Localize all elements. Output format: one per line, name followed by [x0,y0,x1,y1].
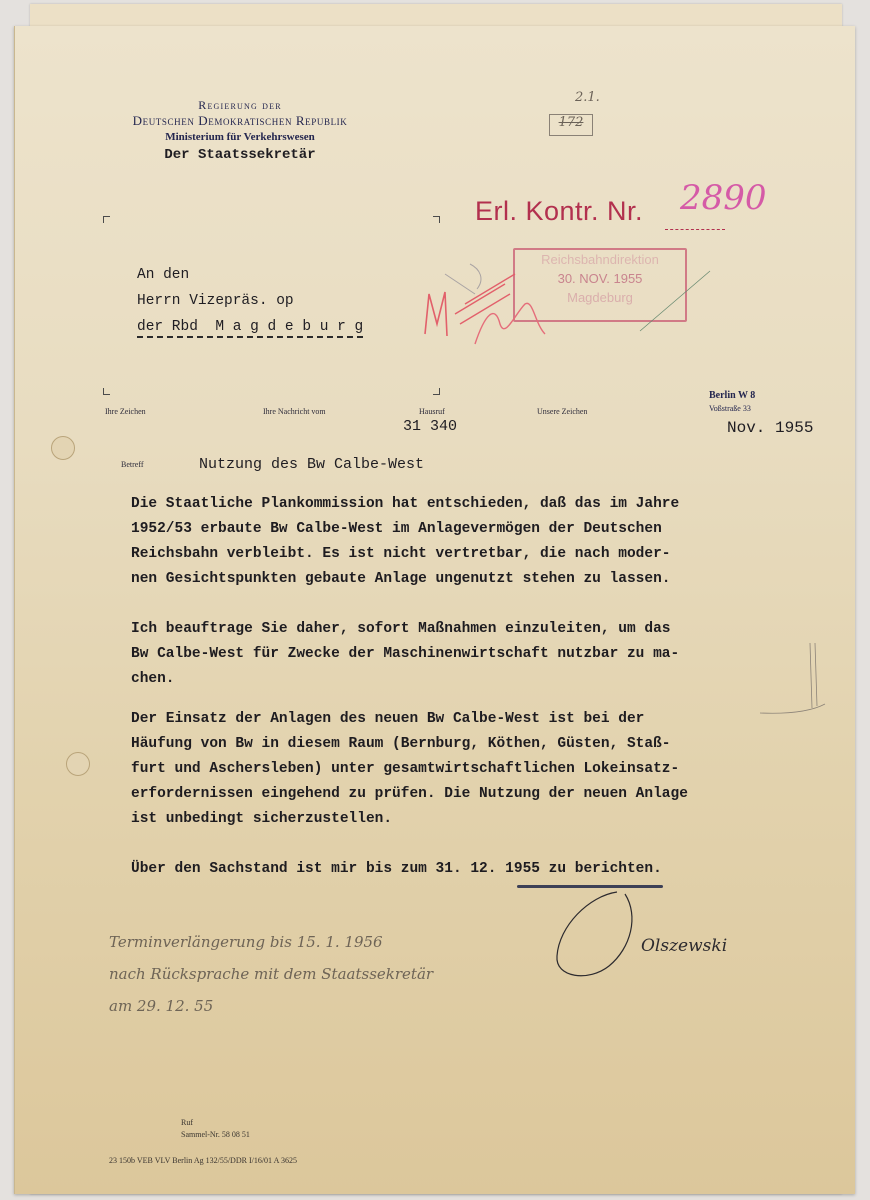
footer-ruf-label: Ruf [181,1118,193,1127]
window-corner-bl [103,388,110,395]
recipient-line-3: der Rbd M a g d e b u r g [137,319,363,338]
signature: Olszewski [641,936,727,956]
ihre-zeichen-label: Ihre Zeichen [105,407,146,416]
body-line: chen. [131,667,821,692]
pencil-boxed-text: 172 [559,115,584,130]
body-line: nen Gesichtspunkten gebaute Anlage ungen… [131,567,821,592]
body-line: Reichsbahn verbleibt. Es ist nicht vertr… [131,542,821,567]
pencil-note-top: 2.1. [575,90,600,105]
body-paragraph-1: Die Staatliche Plankommission hat entsch… [131,492,821,592]
body-line: 1952/53 erbaute Bw Calbe-West im Anlagev… [131,517,821,542]
red-pencil-scribble [415,254,575,354]
letterhead-government: Regierung der [95,98,385,113]
pencil-margin-mark [755,638,835,718]
subject-label: Betreff [121,460,144,469]
recipient-line-2: Herrn Vizepräs. op [137,288,363,314]
hausruf-label: Hausruf [419,407,445,416]
unsere-zeichen-label: Unsere Zeichen [537,407,587,416]
ihre-nachricht-label: Ihre Nachricht vom [263,407,326,416]
handwritten-line-2: nach Rücksprache mit dem Staatssekretär [109,958,433,990]
body-line: furt und Aschersleben) unter gesamtwirts… [131,757,821,782]
letterhead: Regierung der Deutschen Demokratischen R… [95,98,385,163]
body-line: Häufung von Bw in diesem Raum (Bernburg,… [131,732,821,757]
body-line: ist unbedingt sicherzustellen. [131,807,821,832]
letter-page: Regierung der Deutschen Demokratischen R… [14,26,855,1194]
letterhead-ministry: Ministerium für Verkehrswesen [95,131,385,143]
sender-city: Berlin W 8 [709,390,755,401]
footer-sammel-nr: Sammel-Nr. 58 08 51 [181,1130,250,1139]
window-corner-tl [103,216,110,223]
body-line: erfordernissen eingehend zu prüfen. Die … [131,782,821,807]
punch-hole-bottom [66,752,90,776]
letterhead-sender: Der Staatssekretär [95,147,385,163]
control-number-underline [665,229,725,230]
punch-hole-top [51,436,75,460]
recipient-address: An den Herrn Vizepräs. op der Rbd M a g … [137,262,363,340]
pencil-diagonal-line [635,266,715,336]
subject-text: Nutzung des Bw Calbe-West [199,456,424,473]
letter-date: Nov. 1955 [727,419,813,437]
handwritten-extension-note: Terminverlängerung bis 15. 1. 1956 nach … [109,926,433,1022]
body-line: Der Einsatz der Anlagen des neuen Bw Cal… [131,707,821,732]
sender-street: Voßstraße 33 [709,404,751,413]
signature-loop [539,886,649,986]
body-line: Ich beauftrage Sie daher, sofort Maßnahm… [131,617,821,642]
handwritten-line-3: am 29. 12. 55 [109,990,433,1022]
pencil-boxed-number: 172 [549,114,593,136]
letterhead-republic: Deutschen Demokratischen Republik [95,113,385,129]
hausruf-value: 31 340 [403,418,457,435]
body-line: Bw Calbe-West für Zwecke der Maschinenwi… [131,642,821,667]
body-line: Die Staatliche Plankommission hat entsch… [131,492,821,517]
body-paragraph-2: Ich beauftrage Sie daher, sofort Maßnahm… [131,617,821,692]
control-number: 2890 [680,178,767,218]
body-paragraph-4: Über den Sachstand ist mir bis zum 31. 1… [131,857,821,882]
handwritten-line-1: Terminverlängerung bis 15. 1. 1956 [109,926,433,958]
body-line: Über den Sachstand ist mir bis zum 31. 1… [131,857,821,882]
window-corner-br [433,388,440,395]
recipient-line-1: An den [137,262,363,288]
window-corner-tr [433,216,440,223]
footer-print-code: 23 150b VEB VLV Berlin Ag 132/55/DDR I/1… [109,1156,297,1165]
body-paragraph-3: Der Einsatz der Anlagen des neuen Bw Cal… [131,707,821,832]
control-stamp: Erl. Kontr. Nr. [475,196,643,227]
